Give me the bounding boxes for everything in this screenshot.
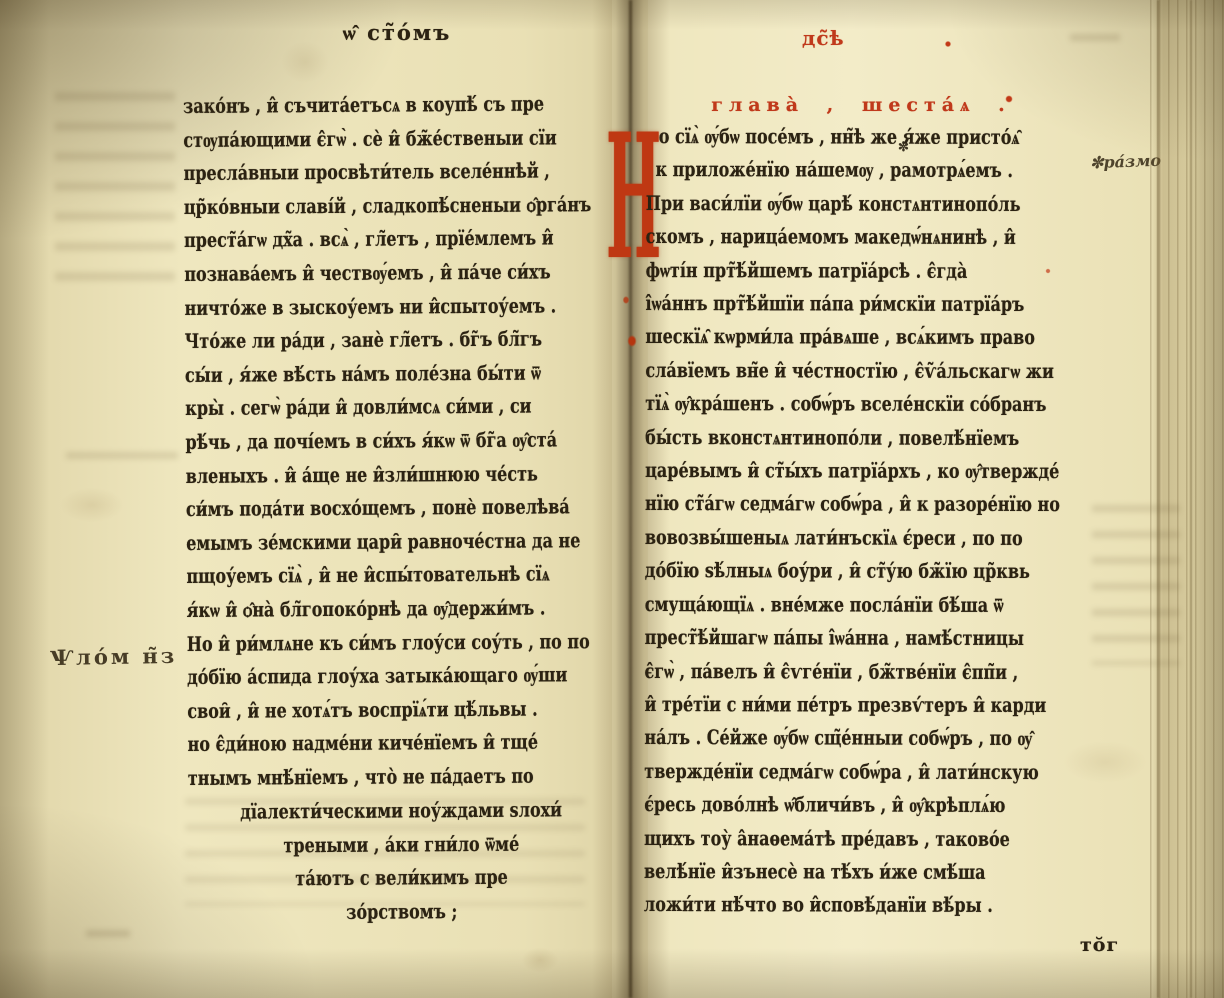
text-line: смуща́ющїѧ . вне́мже посла́нїи бѣ́ша ѿ [645, 588, 1081, 623]
text-line: твержде́нїи седма́гѡ собѡ́ра , и̂ лати́н… [644, 755, 1080, 790]
text-line: є̂гѡ̀ , па́велъ и̂ є̂ѵге́нїи , бж̃тве́нї… [645, 654, 1081, 689]
text-line: вовозвы́шеныѧ лати́нъскїѧ є́реси , по по [645, 521, 1081, 556]
text-line: я́кѡ и̂ ѻ̂на̀ бл̃гопоко́рнѣ да ѹ̂держи́м… [187, 591, 623, 628]
ornamental-initial: Н [606, 108, 626, 298]
right-text-block: о сїѧ̀ ѹ́бѡ посе́мъ , нн̃ѣ же я́же прист… [644, 120, 1082, 923]
text-line: цр̃ко́вныи славі́й , сладкопѣ́сненыи ѻ̂р… [184, 188, 620, 225]
text-line: і̂ѡа́ннъ прт̃ѣ́йшїи па́па ри́мскїи патрї… [645, 287, 1081, 322]
text-line: пщоу́емъ сїѧ̀ , и̂ не и̂спы́товательнѣ с… [186, 557, 622, 594]
text-line: вленыхъ . и̂ а́ще не и̂зли́шнюю че́сть [186, 456, 622, 493]
running-head-right: дс̃ѣ [802, 26, 845, 50]
left-closing-block: дїалекти́ческими ноу́ждами ѕлохи́треными… [183, 793, 620, 930]
text-line: сла́вїемъ вн̃е и̂ че́стностїю , є̂ѵ̃а́ль… [645, 354, 1081, 389]
text-line: скомъ , нарица́емомъ македѡ́нѧнинѣ , и̂ [646, 220, 1082, 255]
text-line: ничто́же в зыскоу́емъ ни и̂спытоу́емъ . [184, 289, 620, 326]
text-line: велѣ́нїе и̂зънесѐ на тѣ́хъ и́же смѣ́ша [644, 855, 1080, 890]
text-line: пресла́вныи просвѣти́тель вселе́ннѣй , [183, 154, 619, 191]
text-line: си́мъ пода́ти восхо́щемъ , понѐ повелѣва… [186, 490, 622, 527]
text-line: кры̀ . сегѡ̀ ра́ди и̂ довли́мсѧ си́ми , … [185, 389, 621, 426]
text-line: Но и̂ ри́млѧне къ си́мъ глоу́си соу́ть ,… [187, 624, 623, 661]
text-line: о сїѧ̀ ѹ́бѡ посе́мъ , нн̃ѣ же я́же прист… [646, 120, 1082, 155]
text-line: до́бїю а́спида глоу́ха затыка́ющаго ѹ́ши [187, 658, 623, 695]
text-line: рѣ́чь , да почі́емъ в си́хъ я́кѡ ѿ бг̃а … [185, 423, 621, 460]
text-line: зо́рствомъ ; [184, 894, 620, 931]
page-edges [1150, 0, 1224, 998]
text-line: емымъ зе́мскими цари̑ равноче́стна да не [186, 524, 622, 561]
correction-mark: ✼ [898, 140, 909, 155]
text-line: до́бїю ѕѣ́лныѧ боу́ри , и̂ ст̃у́ю бж̃їю … [645, 554, 1081, 589]
text-line: треными , а́ки гни́ло ѿме́ [183, 827, 619, 864]
text-line: тїѧ̀ ѹ̂кра́шенъ . собѡ́ръ вселе́нскїи со… [645, 387, 1081, 422]
text-line: ложи́ти нѣ́что во и̂сповѣ́данїи вѣ́ры . [644, 888, 1080, 923]
text-line: и̂ тре́тїи с ни́ми пе́тръ презвѵ́теръ и̂… [644, 688, 1080, 723]
text-line: свои̑ , и̂ не хотѧ́тъ воспрїѧ́ти цѣ́львы… [187, 692, 623, 729]
text-line: сы́и , я́же вѣ́сть на́мъ поле́зна бы́ти … [185, 356, 621, 393]
text-line: фѡті́н прт̃ѣ́йшемъ патрїа́рсѣ . є̂гда̀ [646, 254, 1082, 289]
chapter-heading: глава̀ , шеста́ѧ . [645, 94, 1077, 117]
text-line: зако́нъ , и̂ съчита́етъсѧ в коупѣ́ съ пр… [183, 87, 619, 124]
text-line: на́лъ . Се́йже ѹ́бѡ сщ̃е́нныи собѡ́ръ , … [644, 721, 1080, 756]
text-line: є́ресь дово́лнѣ ѡ̂бличи́въ , и̂ ѹ̂крѣплѧ… [644, 788, 1080, 823]
text-line: прест̃ѣ́йшагѡ па́пы і̂ѡа́нна , намѣ́стни… [645, 621, 1081, 656]
show-through-text [55, 92, 175, 297]
show-through-text [66, 452, 178, 470]
text-line: стѹпа́ющими є̂гѡ̀ . сѐ и̂ бж̃е́ственыи с… [183, 121, 619, 158]
book-scan: ѡ̂ ст̃о́мъ зако́нъ , и̂ съчита́етъсѧ в к… [0, 0, 1224, 998]
text-line: шескїѧ̑ кѡрми́ла пра́вѧше , всѧ́кимъ пра… [645, 320, 1081, 355]
signature-mark-faint [86, 930, 130, 946]
page-edge-line [1190, 0, 1192, 998]
text-line: та́ютъ с вели́кимъ пре [183, 860, 619, 897]
left-text-block: зако́нъ , и̂ съчита́етъсѧ в коупѣ́ съ пр… [183, 87, 624, 795]
text-line: бы́сть вконстѧнтинопо́ли , повелѣ́нїемъ [645, 421, 1081, 456]
catchword: то̆г [1080, 934, 1119, 956]
text-line: царе́вымъ и̂ ст̃ы́хъ патрїа́рхъ , ко ѹ̂т… [645, 454, 1081, 489]
text-line: нїю ст̃а́гѡ седма́гѡ собѡ́ра , и̂ к разо… [645, 487, 1081, 522]
text-line: познава́емъ и̂ чествѹ́емъ , и̂ па́че си́… [184, 255, 620, 292]
text-line: дїалекти́ческими ноу́ждами ѕлохи́ [183, 793, 619, 830]
text-line: щихъ тоу̀ а̂наѳема́тѣ пре́давъ , таково́… [644, 822, 1080, 857]
text-line: тнымъ мнѣ́нїемъ , что̀ не па́даетъ по [188, 759, 624, 796]
margin-note-psalm: Ѱло́м н̃з [50, 643, 178, 670]
text-line: прест̃а́гѡ дх̃а . всѧ̀ , гл̃етъ , прїе́м… [184, 221, 620, 258]
text-line: Что́же ли ра́ди , занѐ гл̃етъ . бг̃ъ бл̃… [185, 322, 621, 359]
text-line: к приложе́нїю на́шемѹ , рамотрѧ́емъ . [646, 153, 1082, 188]
text-line: но є̂ди́ною надме́ни киче́нїемъ и̂ тще́ [187, 725, 623, 762]
page-edge-line [1157, 0, 1159, 998]
running-head-left: ѡ̂ ст̃о́мъ [183, 20, 611, 46]
text-line: При васи́лїи ѹ́бѡ царѣ́ констѧнтинопо́ль [646, 187, 1082, 222]
smudge [1070, 34, 1120, 46]
